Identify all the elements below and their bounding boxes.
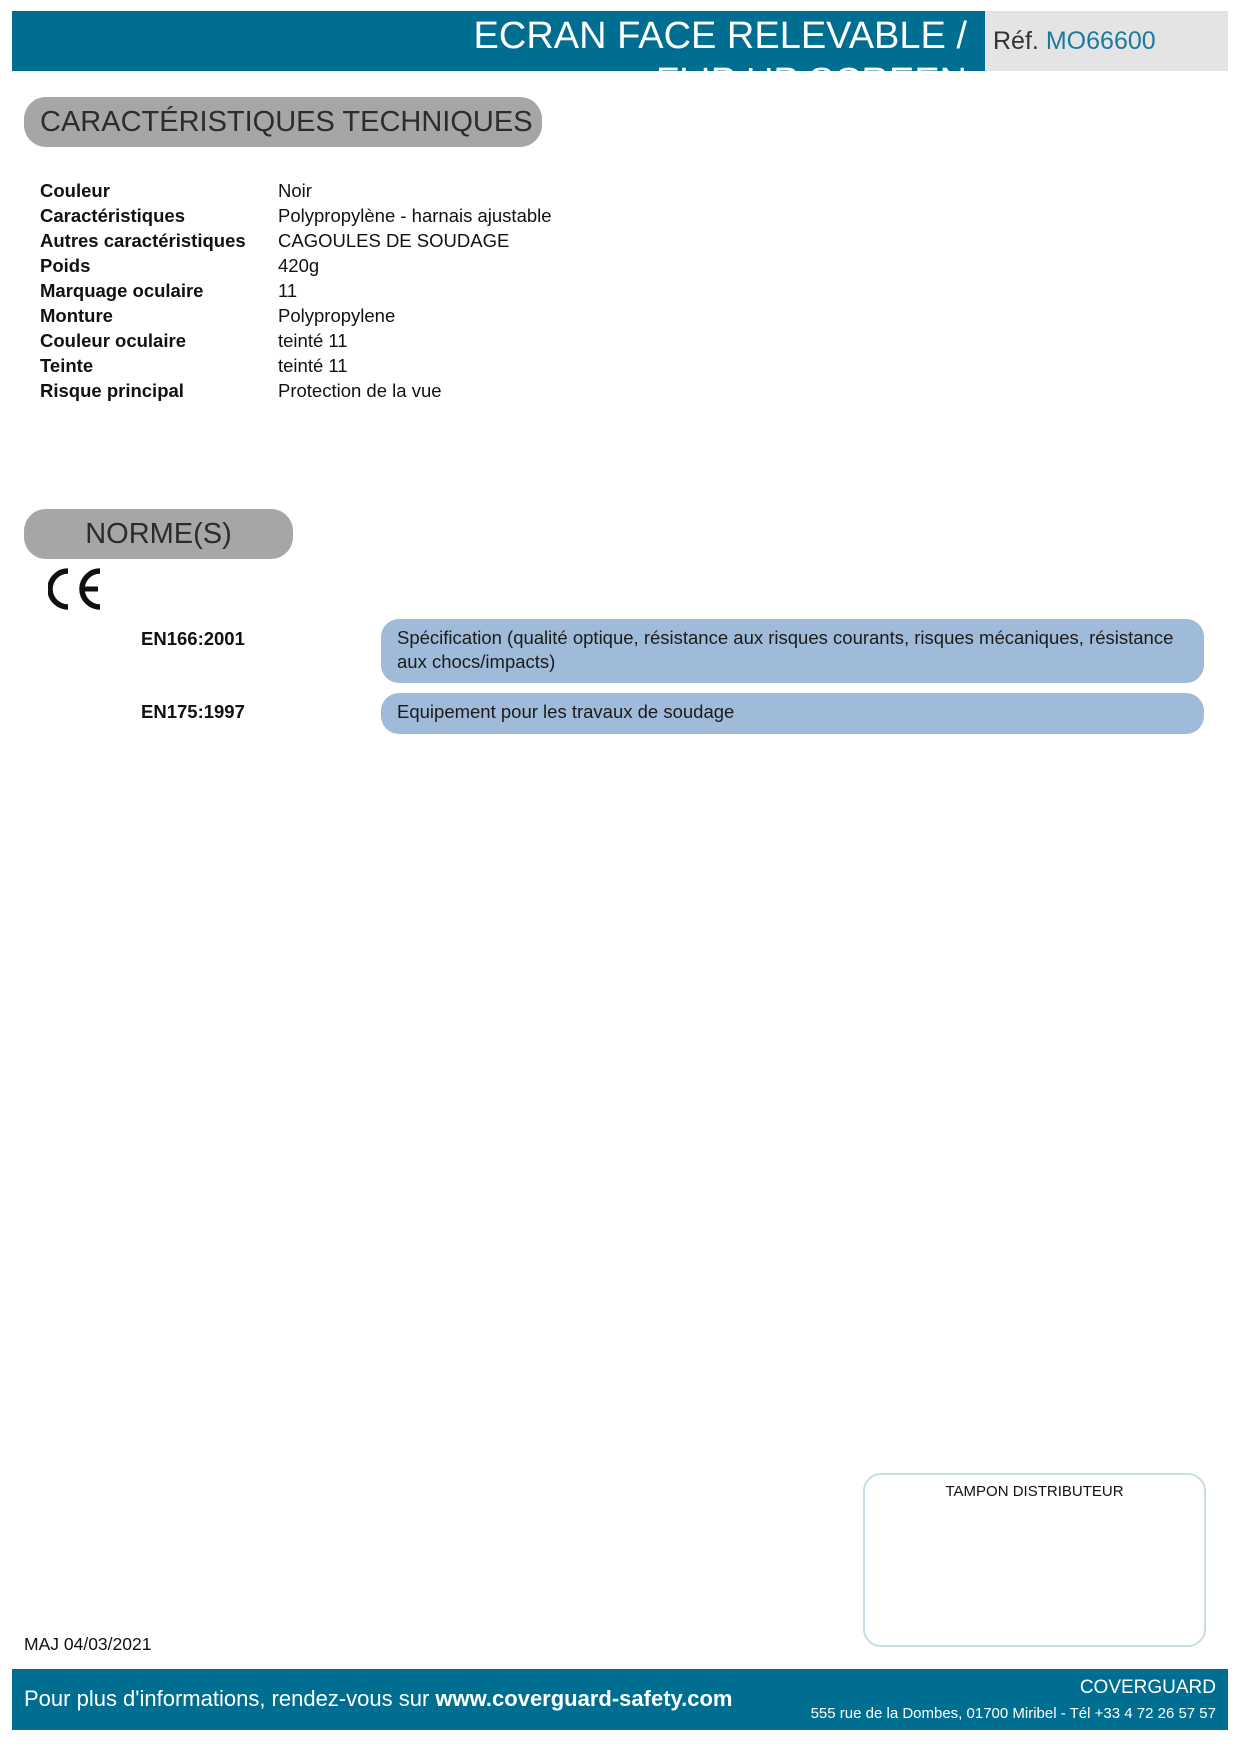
- spec-row: Marquage oculaire 11: [40, 278, 552, 303]
- product-title: ECRAN FACE RELEVABLE / FLIP UP SCREEN: [407, 13, 967, 71]
- spec-row: Couleur oculaire teinté 11: [40, 328, 552, 353]
- spec-value: 420g: [278, 253, 319, 278]
- header-band: ECRAN FACE RELEVABLE / FLIP UP SCREEN: [12, 11, 985, 71]
- reference-box: Réf. MO66600: [985, 11, 1228, 71]
- spec-row: Teinte teinté 11: [40, 353, 552, 378]
- spec-label: Teinte: [40, 353, 278, 378]
- spec-value: Protection de la vue: [278, 378, 442, 403]
- spec-row: Monture Polypropylene: [40, 303, 552, 328]
- update-date: MAJ 04/03/2021: [24, 1634, 151, 1655]
- spec-label: Autres caractéristiques: [40, 228, 278, 253]
- spec-label: Couleur oculaire: [40, 328, 278, 353]
- company-address: 555 rue de la Dombes, 01700 Miribel - Té…: [811, 1705, 1216, 1722]
- spec-label: Poids: [40, 253, 278, 278]
- norm-code: EN175:1997: [141, 701, 245, 723]
- spec-value: Polypropylène - harnais ajustable: [278, 203, 552, 228]
- spec-row: Risque principal Protection de la vue: [40, 378, 552, 403]
- spec-label: Marquage oculaire: [40, 278, 278, 303]
- spec-row: Couleur Noir: [40, 178, 552, 203]
- norm-code: EN166:2001: [141, 628, 245, 650]
- spec-row: Poids 420g: [40, 253, 552, 278]
- norm-description: Equipement pour les travaux de soudage: [381, 693, 1204, 734]
- reference-label: Réf.: [993, 27, 1039, 56]
- footer-info-text: Pour plus d'informations, rendez-vous su…: [24, 1686, 435, 1711]
- spec-value: teinté 11: [278, 328, 348, 353]
- section-title-specs: CARACTÉRISTIQUES TECHNIQUES: [24, 97, 542, 147]
- spec-value: CAGOULES DE SOUDAGE: [278, 228, 509, 253]
- distributor-stamp-box: TAMPON DISTRIBUTEUR: [863, 1473, 1206, 1647]
- spec-row: Autres caractéristiques CAGOULES DE SOUD…: [40, 228, 552, 253]
- spec-label: Monture: [40, 303, 278, 328]
- ce-mark-icon: [48, 568, 106, 610]
- spec-label: Caractéristiques: [40, 203, 278, 228]
- section-title-norms: NORME(S): [24, 509, 293, 559]
- stamp-title: TAMPON DISTRIBUTEUR: [945, 1483, 1123, 1500]
- reference-value: MO66600: [1046, 27, 1156, 56]
- spec-value: teinté 11: [278, 353, 348, 378]
- spec-label: Risque principal: [40, 378, 278, 403]
- spec-value: 11: [278, 278, 297, 303]
- spec-value: Noir: [278, 178, 312, 203]
- footer-info: Pour plus d'informations, rendez-vous su…: [24, 1686, 733, 1712]
- norm-description: Spécification (qualité optique, résistan…: [381, 619, 1204, 683]
- website-link[interactable]: www.coverguard-safety.com: [435, 1686, 732, 1711]
- footer-band: Pour plus d'informations, rendez-vous su…: [12, 1669, 1228, 1730]
- specs-table: Couleur Noir Caractéristiques Polypropyl…: [40, 178, 552, 403]
- spec-label: Couleur: [40, 178, 278, 203]
- spec-row: Caractéristiques Polypropylène - harnais…: [40, 203, 552, 228]
- company-name: COVERGUARD: [1080, 1677, 1216, 1699]
- spec-value: Polypropylene: [278, 303, 395, 328]
